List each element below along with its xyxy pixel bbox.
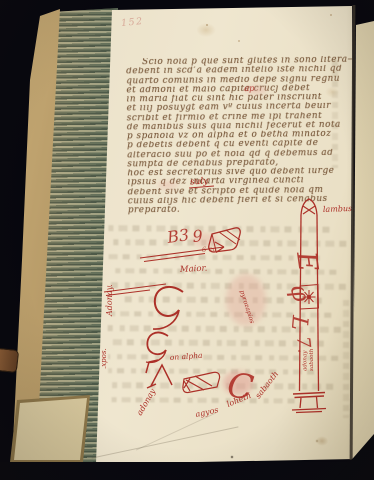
bleed-line: [108, 354, 338, 361]
bleed-line: [108, 382, 334, 389]
ink-specks: [0, 0, 2, 2]
bleed-line: [120, 297, 322, 304]
bleed-line: [108, 254, 319, 261]
bleed-line: [113, 239, 346, 246]
red-ink-word: ap: [244, 84, 255, 94]
bleed-through-layer: [107, 225, 348, 413]
bleed-line: [108, 325, 341, 332]
bleed-line: [108, 282, 346, 289]
bleed-line: [108, 368, 314, 375]
main-text-block: Scio noia p que sunt glutes in sono lite…: [126, 56, 354, 216]
bottom-cover-band: [0, 462, 374, 480]
bleed-line-vertical: [343, 300, 349, 418]
folio-number: 152: [120, 16, 144, 29]
manuscript-photo: 152 Scio noia p que sunt glutes in sono …: [0, 0, 374, 480]
clasp-strap: [0, 348, 19, 373]
bleed-line: [107, 397, 294, 404]
bleed-line: [108, 311, 331, 318]
bleed-line: [109, 225, 330, 232]
red-ink-word: suly: [190, 177, 209, 188]
bleed-line: [108, 340, 324, 347]
bleed-line: [108, 268, 336, 275]
